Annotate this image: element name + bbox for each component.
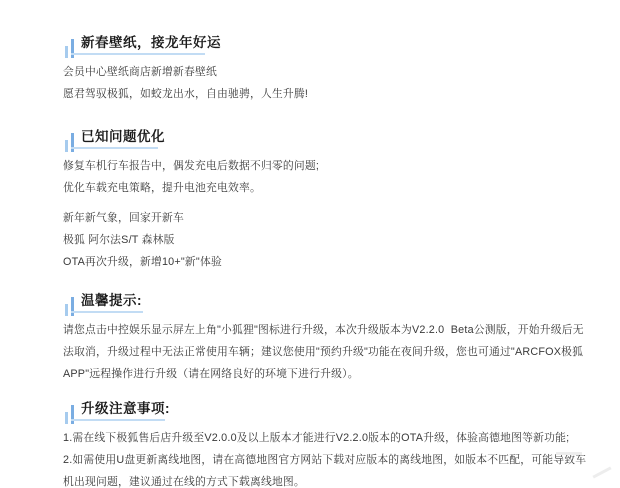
accent-bar-short-icon [65, 140, 68, 152]
section-spring-wallpaper: 新春壁纸，接龙年好运 会员中心壁纸商店新增新春壁纸 愿君驾驭极狐，如蛟龙出水，自… [63, 30, 594, 105]
accent-bar-tall-icon [71, 405, 74, 424]
section-title: 温馨提示: [81, 289, 142, 309]
title-underline [71, 147, 158, 149]
title-underline [71, 53, 205, 55]
accent-bar-short-icon [65, 304, 68, 316]
paragraph: 新年新气象，回家开新车 极狐 阿尔法S/T 森林版 OTA再次升级，新增10+"… [63, 207, 594, 273]
numbered-item: 2.如需使用U盘更新离线地图，请在高德地图官方网站下载对应版本的离线地图，如版本… [63, 449, 594, 488]
section-header: 已知问题优化 [63, 124, 594, 152]
section-tips: 温馨提示: 请您点击中控娱乐显示屏左上角"小狐狸"图标进行升级，本次升级版本为V… [63, 288, 594, 385]
release-notes-page: 新春壁纸，接龙年好运 会员中心壁纸商店新增新春壁纸 愿君驾驭极狐，如蛟龙出水，自… [0, 0, 620, 488]
section-upgrade-notes: 升级注意事项: 1.需在线下极狐售后店升级至V2.0.0及以上版本才能进行V2.… [63, 396, 594, 488]
paragraph-line: 优化车载充电策略，提升电池充电效率。 [63, 177, 594, 199]
accent-bar-tall-icon [71, 297, 74, 316]
section-header: 温馨提示: [63, 288, 594, 316]
numbered-item: 1.需在线下极狐售后店升级至V2.0.0及以上版本才能进行V2.2.0版本的OT… [63, 427, 594, 449]
section-header: 新春壁纸，接龙年好运 [63, 30, 594, 58]
paragraph: 1.需在线下极狐售后店升级至V2.0.0及以上版本才能进行V2.2.0版本的OT… [63, 427, 594, 488]
section-title: 新春壁纸，接龙年好运 [81, 31, 221, 51]
paragraph-line: 会员中心壁纸商店新增新春壁纸 [63, 61, 594, 83]
title-underline [71, 419, 165, 421]
section-header: 升级注意事项: [63, 396, 594, 424]
paragraph-line: 新年新气象，回家开新车 [63, 207, 594, 229]
accent-bar-tall-icon [71, 133, 74, 152]
section-title: 已知问题优化 [81, 125, 165, 145]
paragraph-line: 请您点击中控娱乐显示屏左上角"小狐狸"图标进行升级，本次升级版本为V2.2.0 … [63, 319, 594, 385]
accent-bar-short-icon [65, 412, 68, 424]
accent-bar-short-icon [65, 46, 68, 58]
accent-bar-tall-icon [71, 39, 74, 58]
paragraph: 请您点击中控娱乐显示屏左上角"小狐狸"图标进行升级，本次升级版本为V2.2.0 … [63, 319, 594, 385]
section-known-issues: 已知问题优化 修复车机行车报告中，偶发充电后数据不归零的问题; 优化车载充电策略… [63, 124, 594, 273]
paragraph: 修复车机行车报告中，偶发充电后数据不归零的问题; 优化车载充电策略，提升电池充电… [63, 155, 594, 199]
paragraph: 会员中心壁纸商店新增新春壁纸 愿君驾驭极狐，如蛟龙出水，自由驰骋，人生升腾! [63, 61, 594, 105]
paragraph-line: 愿君驾驭极狐，如蛟龙出水，自由驰骋，人生升腾! [63, 83, 594, 105]
section-title: 升级注意事项: [81, 397, 170, 417]
title-underline [71, 311, 143, 313]
paragraph-line: 修复车机行车报告中，偶发充电后数据不归零的问题; [63, 155, 594, 177]
watermark-mark [592, 466, 611, 478]
paragraph-line: OTA再次升级，新增10+"新"体验 [63, 251, 594, 273]
paragraph-line: 极狐 阿尔法S/T 森林版 [63, 229, 594, 251]
